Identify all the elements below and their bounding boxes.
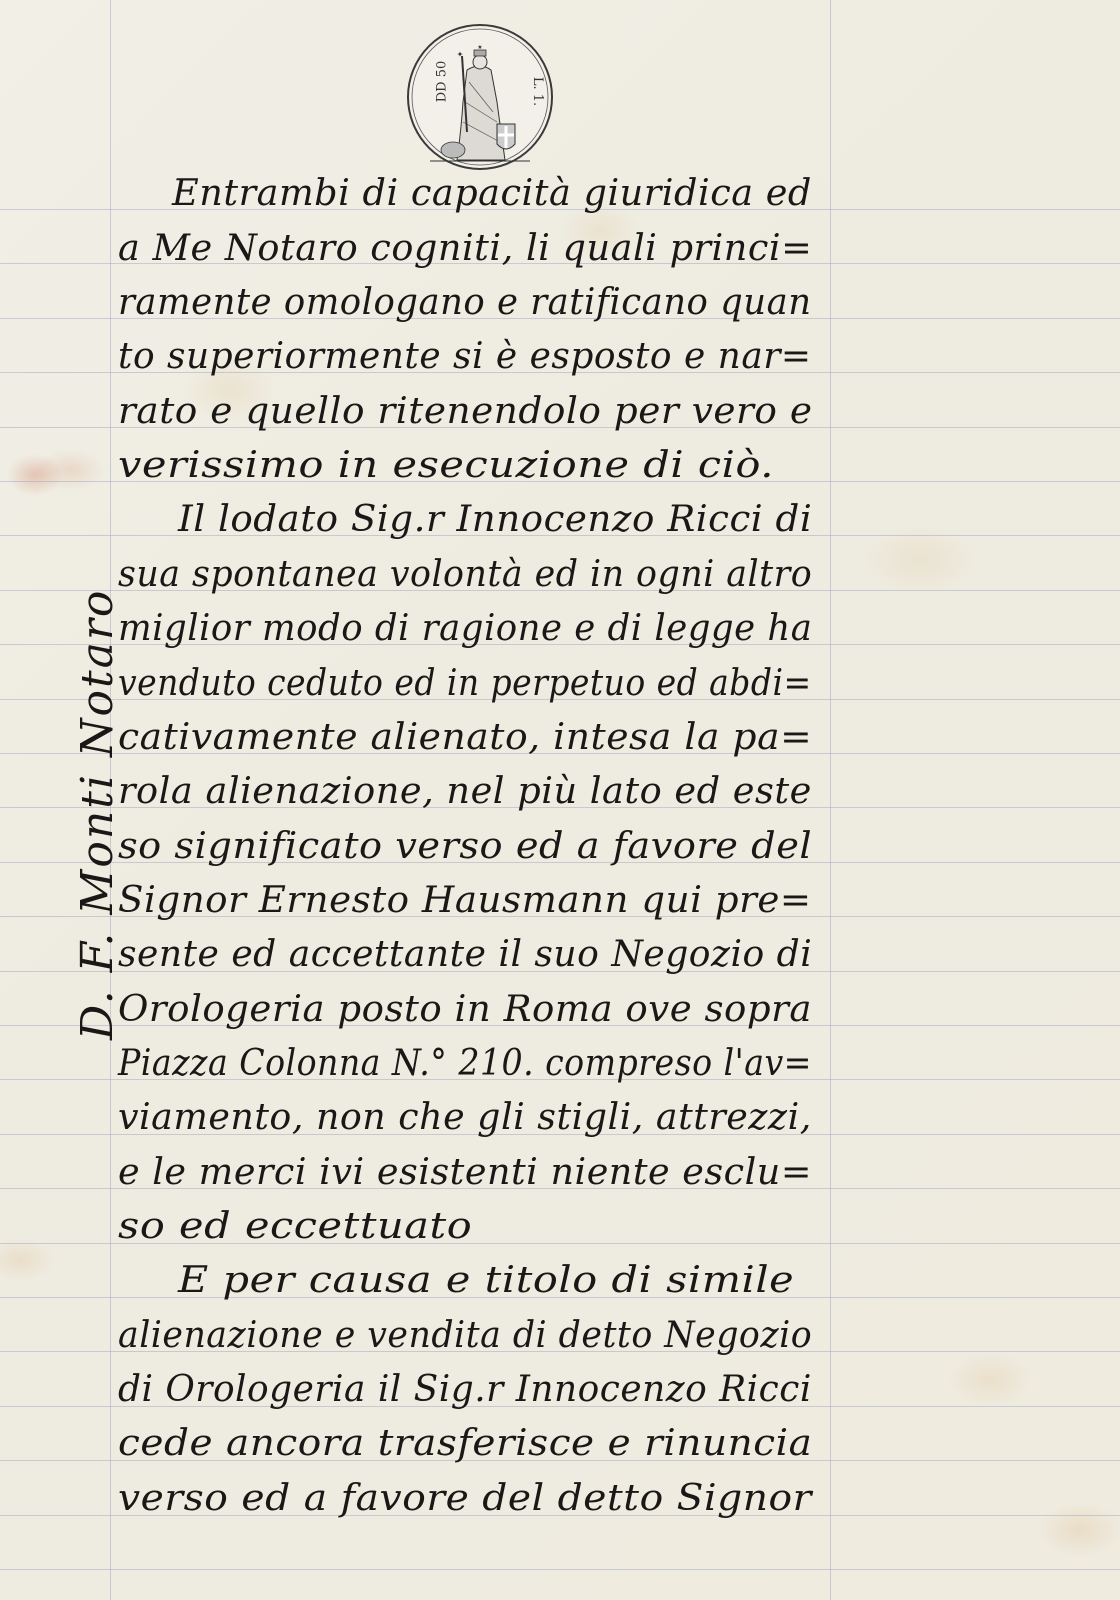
- text-line-9: miglior modo di ragione e di legge ha: [118, 611, 812, 647]
- text-line-11: cativamente alienato, intesa la pa=: [118, 720, 812, 756]
- stamp-value-text: L. 1.: [530, 77, 545, 106]
- text-line-16: Orologeria posto in Roma ove sopra: [118, 992, 812, 1028]
- text-line-3: ramente omologano e ratificano quan: [118, 285, 812, 321]
- text-line-15: sente ed accettante il suo Negozio di: [118, 937, 812, 973]
- text-line-12: rola alienazione, nel più lato ed este: [118, 774, 812, 810]
- text-line-10: venduto ceduto ed in perpetuo ed abdi=: [118, 666, 812, 702]
- text-line-20: so ed eccettuato: [118, 1209, 472, 1245]
- text-line-22: alienazione e vendita di detto Negozio: [118, 1318, 812, 1354]
- text-line-24: cede ancora trasferisce e rinuncia: [118, 1426, 812, 1462]
- text-line-18: viamento, non che gli stigli, attrezzi,: [118, 1100, 812, 1136]
- text-line-8: sua spontanea volontà ed in ogni altro: [118, 557, 812, 593]
- svg-text:✦: ✦: [457, 50, 464, 59]
- text-line-5: rato e quello ritenendolo per vero e: [118, 394, 813, 430]
- text-line-17: Piazza Colonna N.° 210. compreso l'av=: [118, 1046, 812, 1082]
- text-line-6: verissimo in esecuzione di ciò.: [118, 448, 774, 484]
- text-line-19: e le merci ivi esistenti niente esclu=: [118, 1155, 812, 1191]
- text-line-1: Entrambi di capacità giuridica ed: [172, 176, 812, 212]
- right-margin-line: [830, 0, 831, 1600]
- text-line-13: so significato verso ed a favore del: [118, 829, 812, 865]
- stamp-left-text: DD 50: [434, 61, 449, 103]
- ruled-line: [0, 1569, 1120, 1570]
- text-line-4: to superiormente si è esposto e nar=: [118, 339, 812, 375]
- text-line-7: Il lodato Sig.r Innocenzo Ricci di: [178, 502, 812, 538]
- revenue-stamp: ★ ✦ DD 50 L. 1.: [405, 22, 555, 172]
- text-line-21: E per causa e titolo di simile: [178, 1263, 794, 1299]
- text-line-23: di Orologeria il Sig.r Innocenzo Ricci: [118, 1372, 812, 1408]
- margin-signature: D. F. Monti Notaro: [72, 589, 123, 1040]
- svg-text:★: ★: [477, 44, 482, 51]
- text-line-25: verso ed a favore del detto Signor: [118, 1481, 812, 1517]
- text-line-2: a Me Notaro cogniti, li quali princi=: [118, 231, 812, 267]
- text-line-14: Signor Ernesto Hausmann qui pre=: [118, 883, 812, 919]
